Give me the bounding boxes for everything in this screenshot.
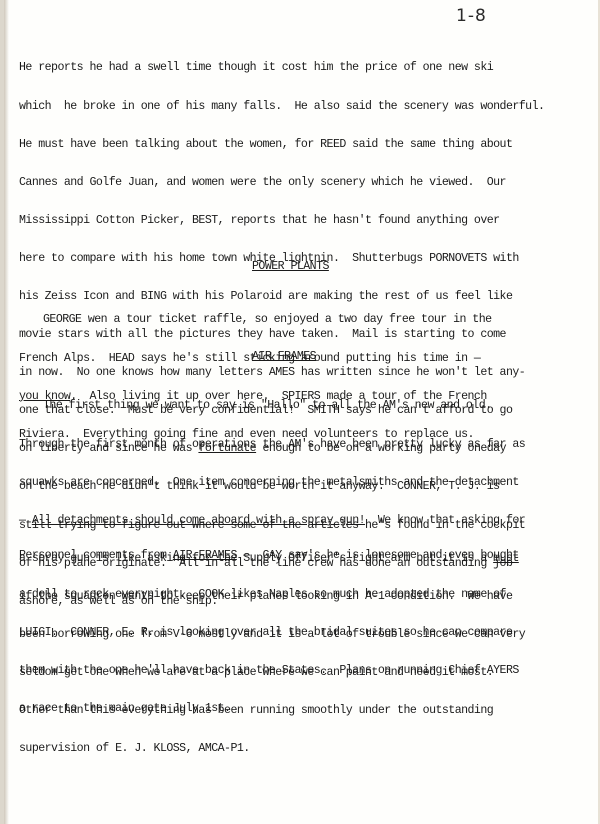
text-line: Cannes and Golfe Juan, and women were th… [19, 177, 544, 190]
text-line: Personnel comments from AIR FRAMES — GAY… [19, 550, 519, 563]
text-line: a doll to rock everynight. COOK likes Na… [19, 589, 519, 602]
text-line: supervision of E. J. KLOSS, AMCA-P1. [19, 743, 525, 756]
text-line: Mississippi Cotton Picker, BEST, reports… [19, 215, 544, 228]
text-span: Personnel comments from [19, 549, 173, 562]
text-line: He reports he had a swell time though it… [19, 62, 544, 75]
text-line: a race to the main gate July 1st. [19, 703, 519, 716]
text-line: which he broke in one of his many falls.… [19, 101, 544, 114]
underlined-phrase: AIR FRAMES [173, 549, 237, 562]
section-heading-air-frames: AIR FRAMES [252, 350, 316, 363]
text-span: — GAY say's he is lonesome and even boug… [237, 549, 519, 562]
page-number: 1-8 [456, 6, 487, 26]
section-heading-power-plants: POWER PLANTS [252, 260, 329, 273]
text-line: LUIGI. CONNER, E. R. is looking over all… [19, 627, 519, 640]
text-line: Through the first month of operations th… [19, 439, 525, 452]
personnel-paragraph: Personnel comments from AIR FRAMES — GAY… [19, 525, 519, 741]
text-line: He must have been talking about the wome… [19, 139, 544, 152]
text-line: GEORGE wen a tour ticket raffle, so enjo… [19, 314, 492, 327]
text-line: The first thing we want to say is "Hallo… [19, 400, 525, 413]
text-line: them with the one he'll have back in the… [19, 665, 519, 678]
document-page: 1-8 He reports he had a swell time thoug… [0, 0, 600, 824]
text-line: squawks are concerned. One item concerni… [19, 477, 525, 490]
